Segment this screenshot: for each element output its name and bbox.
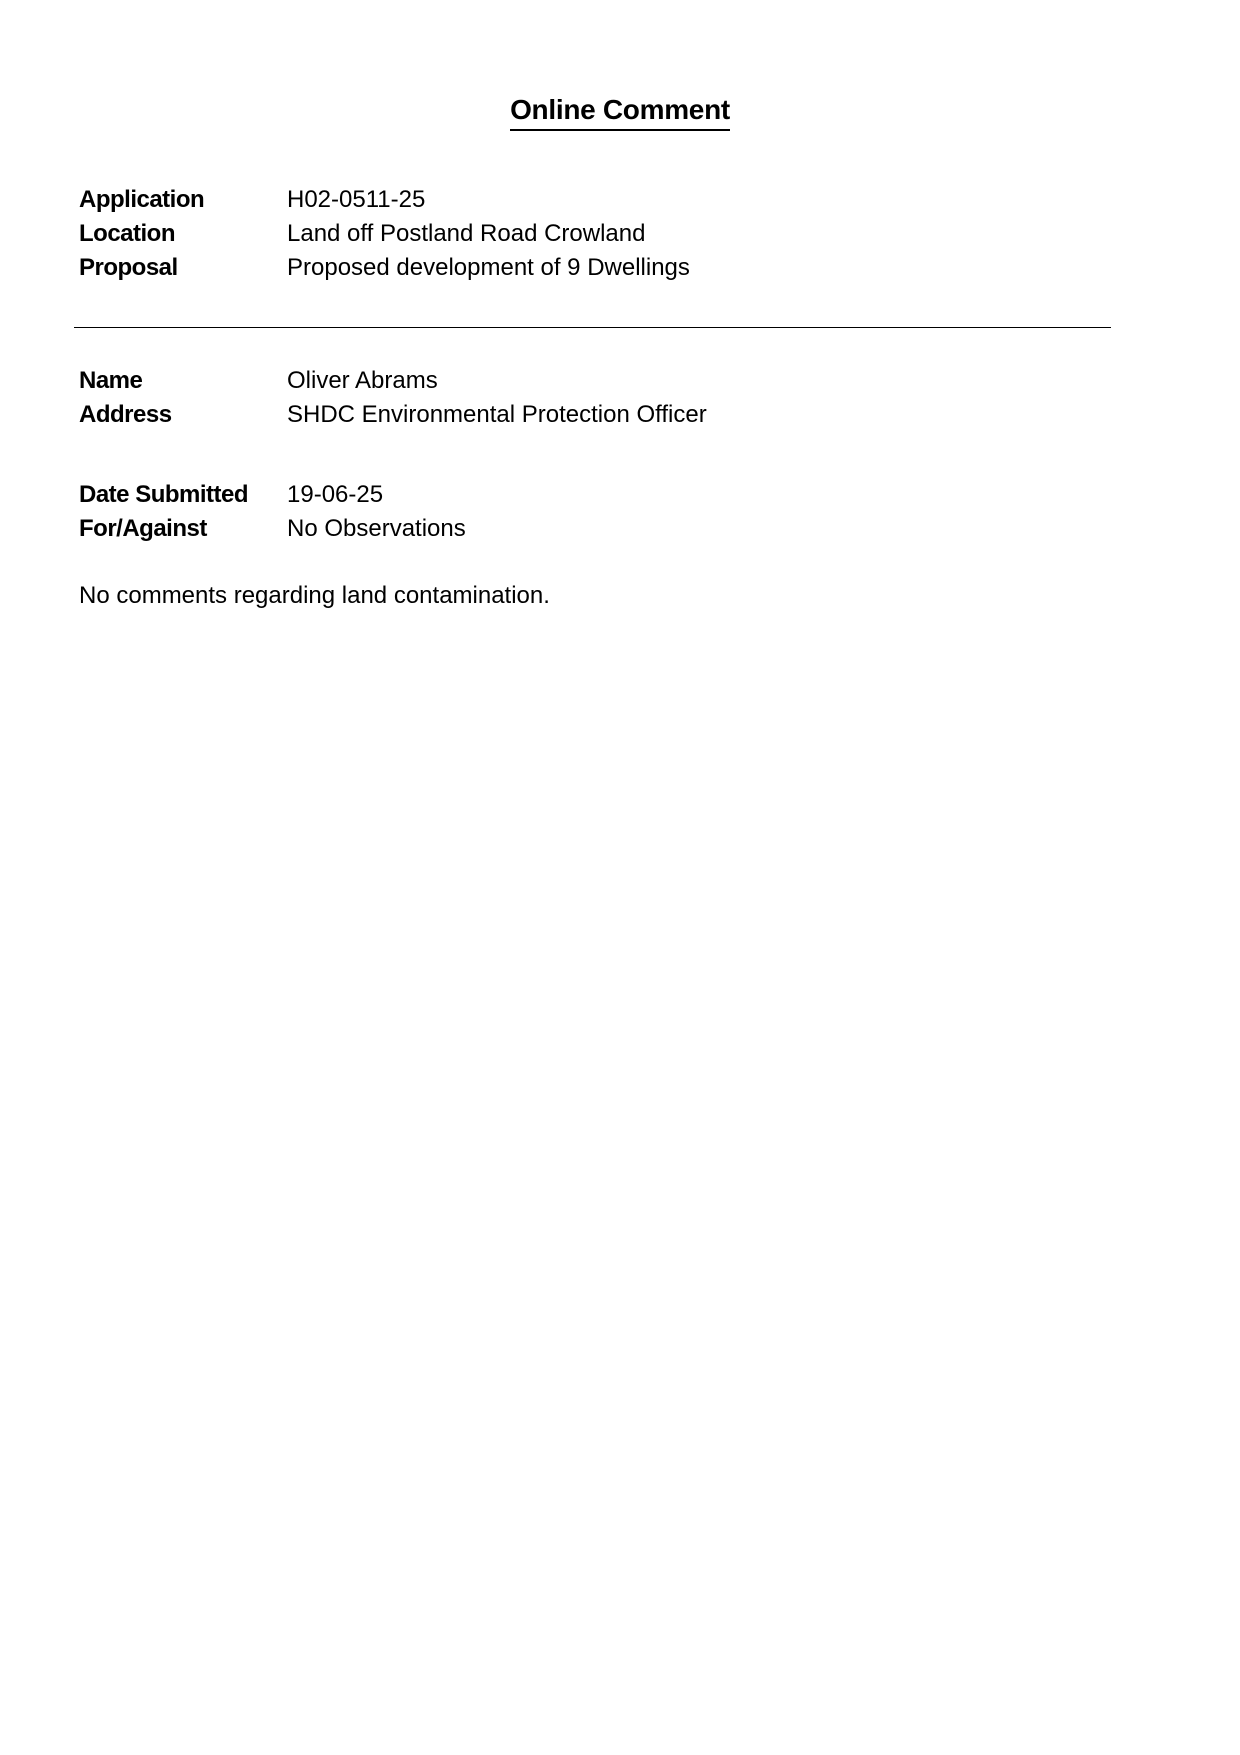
for-against-value: No Observations xyxy=(287,512,466,546)
field-label: Address xyxy=(79,398,287,432)
field-label: For/Against xyxy=(79,512,287,546)
field-row-name: Name Oliver Abrams xyxy=(79,364,707,398)
field-label: Date Submitted xyxy=(79,478,287,512)
document-title-container: Online Comment xyxy=(0,94,1240,131)
field-row-for-against: For/Against No Observations xyxy=(79,512,466,546)
field-label: Location xyxy=(79,217,287,251)
commenter-details: Name Oliver Abrams Address SHDC Environm… xyxy=(79,364,707,432)
field-row-application: Application H02-0511-25 xyxy=(79,183,690,217)
proposal-value: Proposed development of 9 Dwellings xyxy=(287,251,690,285)
location-value: Land off Postland Road Crowland xyxy=(287,217,645,251)
field-row-proposal: Proposal Proposed development of 9 Dwell… xyxy=(79,251,690,285)
address-value: SHDC Environmental Protection Officer xyxy=(287,398,707,432)
date-submitted-value: 19-06-25 xyxy=(287,478,383,512)
field-row-date-submitted: Date Submitted 19-06-25 xyxy=(79,478,466,512)
field-row-location: Location Land off Postland Road Crowland xyxy=(79,217,690,251)
field-label: Proposal xyxy=(79,251,287,285)
field-row-address: Address SHDC Environmental Protection Of… xyxy=(79,398,707,432)
comment-text: No comments regarding land contamination… xyxy=(79,579,550,613)
field-label: Application xyxy=(79,183,287,217)
submission-details: Date Submitted 19-06-25 For/Against No O… xyxy=(79,478,466,546)
application-number: H02-0511-25 xyxy=(287,183,425,217)
field-label: Name xyxy=(79,364,287,398)
section-divider xyxy=(74,327,1111,328)
name-value: Oliver Abrams xyxy=(287,364,438,398)
document-title: Online Comment xyxy=(510,94,730,131)
application-details: Application H02-0511-25 Location Land of… xyxy=(79,183,690,285)
